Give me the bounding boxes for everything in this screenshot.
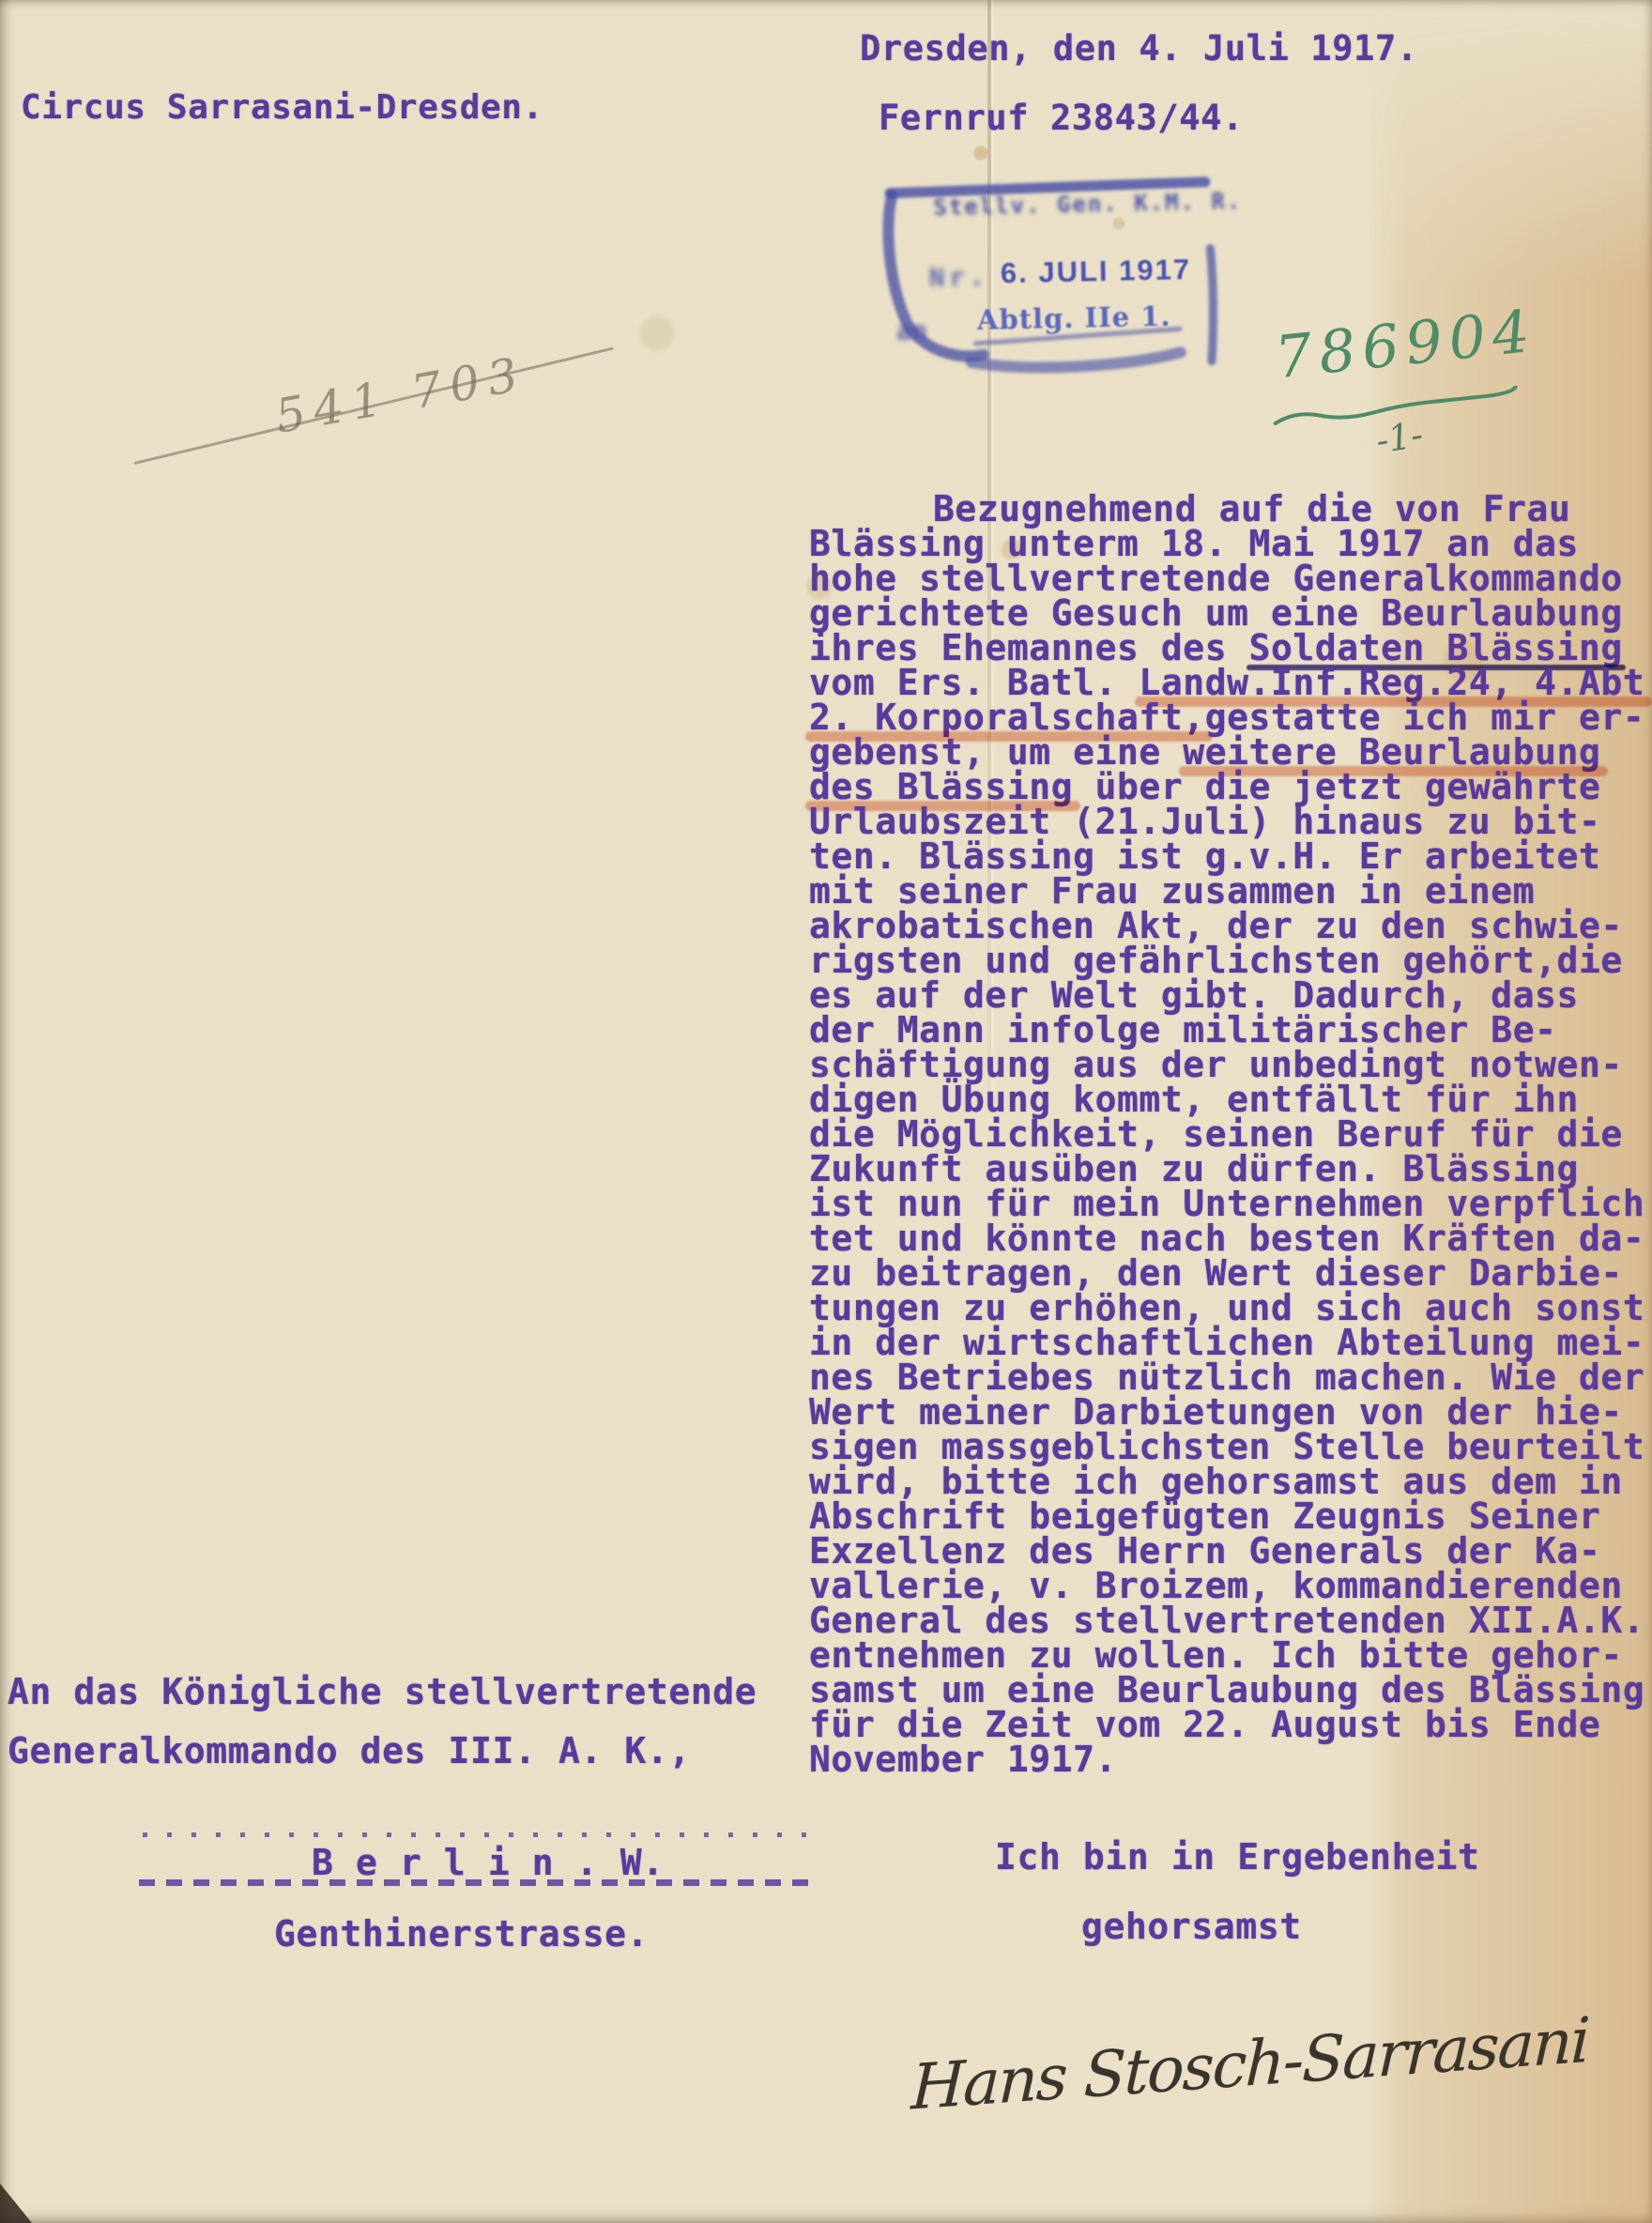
body-line: es auf der Welt gibt. Dadurch, dass [809, 978, 1652, 1013]
body-line: wird, bitte ich gehorsamst aus dem in [809, 1464, 1652, 1499]
signature-handwriting: Hans Stosch-Sarrasani [910, 2004, 1590, 2124]
red-crayon-underlined-text: des Blässing [809, 770, 1073, 805]
worn-corner [0, 2184, 32, 2223]
receipt-stamp: Stellv. Gen. K.M. R. Nr. 6. JULI 1917 an… [879, 173, 1243, 382]
stamp-an-label: an [896, 316, 927, 346]
body-line: mit seiner Frau zusammen in einem [809, 874, 1652, 909]
body-line: vom Ers. Batl. Landw.Inf.Reg.24, 4.Abt [809, 666, 1652, 700]
stamp-date: 6. JULI 1917 [1001, 253, 1192, 290]
body-line: gebenst, um eine weitere Beurlaubung [809, 735, 1652, 770]
body-line: akrobatischen Akt, der zu den schwie- [809, 909, 1652, 943]
recipient-street: Genthinerstrasse. [274, 1913, 649, 1955]
body-line: Urlaubszeit (21.Juli) hinaus zu bit- [809, 805, 1652, 839]
body-line: des Blässing über die jetzt gewährte [809, 770, 1652, 805]
body-line: samst um eine Beurlaubung des Blässing [809, 1673, 1652, 1708]
pencil-number-crossed-out: 541 703 [271, 346, 530, 444]
recipient-city: B e r l i n . W. [312, 1842, 665, 1883]
body-line: Bezugnehmend auf die von Frau [809, 492, 1652, 527]
ink-underlined-text: Soldaten Blässing [1249, 631, 1623, 666]
body-line: der Mann infolge militärischer Be- [809, 1013, 1652, 1048]
recipient-line-2: Generalkommando des III. A. K., [8, 1730, 691, 1771]
body-line: tet und könnte nach besten Kräften da- [809, 1221, 1652, 1256]
body-line: vallerie, v. Broizem, kommandierenden [809, 1569, 1652, 1603]
closing-line-1: Ich bin in Ergebenheit [995, 1836, 1480, 1878]
body-line: Zukunft ausüben zu dürfen. Blässing [809, 1152, 1652, 1187]
body-line: für die Zeit vom 22. August bis Ende [809, 1708, 1652, 1742]
body-line: ihres Ehemannes des Soldaten Blässing [809, 631, 1652, 666]
body-line: hohe stellvertretende Generalkommando [809, 561, 1652, 596]
body-line: die Möglichkeit, seinen Beruf für die [809, 1117, 1652, 1152]
recipient-line-1: An das Königliche stellvertretende [8, 1671, 757, 1712]
body-line: nes Betriebes nützlich machen. Wie der [809, 1360, 1652, 1395]
body-line: November 1917. [809, 1742, 1652, 1777]
dateline: Dresden, den 4. Juli 1917. [860, 28, 1418, 69]
stamp-department: Abtlg. IIe 1. [977, 300, 1171, 336]
red-crayon-underlined-text: Landw.Inf.Reg.24, 4.Abt [1139, 666, 1644, 700]
sender-header: Circus Sarrasani-Dresden. [21, 88, 543, 127]
body-line: Exzellenz des Herrn Generals der Ka- [809, 1534, 1652, 1569]
phone-line: Fernruf 23843/44. [879, 98, 1244, 138]
body-line: tungen zu erhöhen, und sich auch sonst [809, 1291, 1652, 1326]
body-text: Bezugnehmend auf die von FrauBlässing un… [809, 492, 1652, 1777]
body-line: entnehmen zu wollen. Ich bitte gehor- [809, 1638, 1652, 1673]
dashed-rule [139, 1879, 810, 1886]
body-line: ist nun für mein Unternehmen verpflich [809, 1187, 1652, 1221]
red-crayon-underlined-text: weitere Beurlaubung [1183, 735, 1600, 770]
closing-line-2: gehorsamst [1081, 1906, 1302, 1947]
body-line: Abschrift beigefügten Zeugnis Seiner [809, 1499, 1652, 1534]
registry-page-green: -1- [1373, 413, 1426, 461]
body-line: ten. Blässing ist g.v.H. Er arbeitet [809, 839, 1652, 874]
body-line: schäftigung aus der unbedingt notwen- [809, 1048, 1652, 1082]
red-crayon-underlined-text: 2. Korporalschaft, [809, 700, 1205, 735]
body-line: digen Übung kommt, entfällt für ihn [809, 1082, 1652, 1117]
body-line: zu beitragen, den Wert dieser Darbie- [809, 1256, 1652, 1291]
stamp-nr-label: Nr. [929, 263, 989, 293]
letter-scan-page: Circus Sarrasani-Dresden. Dresden, den 4… [0, 0, 1652, 2223]
pencil-strike-line [134, 346, 614, 464]
body-line: 2. Korporalschaft,gestatte ich mir er- [809, 700, 1652, 735]
body-line: gerichtete Gesuch um eine Beurlaubung [809, 596, 1652, 631]
registry-number-green: 786904 [1272, 297, 1539, 392]
body-line: rigsten und gefährlichsten gehört,die [809, 943, 1652, 978]
body-line: Blässing unterm 18. Mai 1917 an das [809, 527, 1652, 561]
body-line: General des stellvertretenden XII.A.K. [809, 1603, 1652, 1638]
body-line: in der wirtschaftlichen Abteilung mei- [809, 1326, 1652, 1360]
body-line: Wert meiner Darbietungen von der hie- [809, 1395, 1652, 1430]
dotted-rule [143, 1832, 809, 1837]
body-line: sigen massgeblichsten Stelle beurteilt [809, 1430, 1652, 1464]
